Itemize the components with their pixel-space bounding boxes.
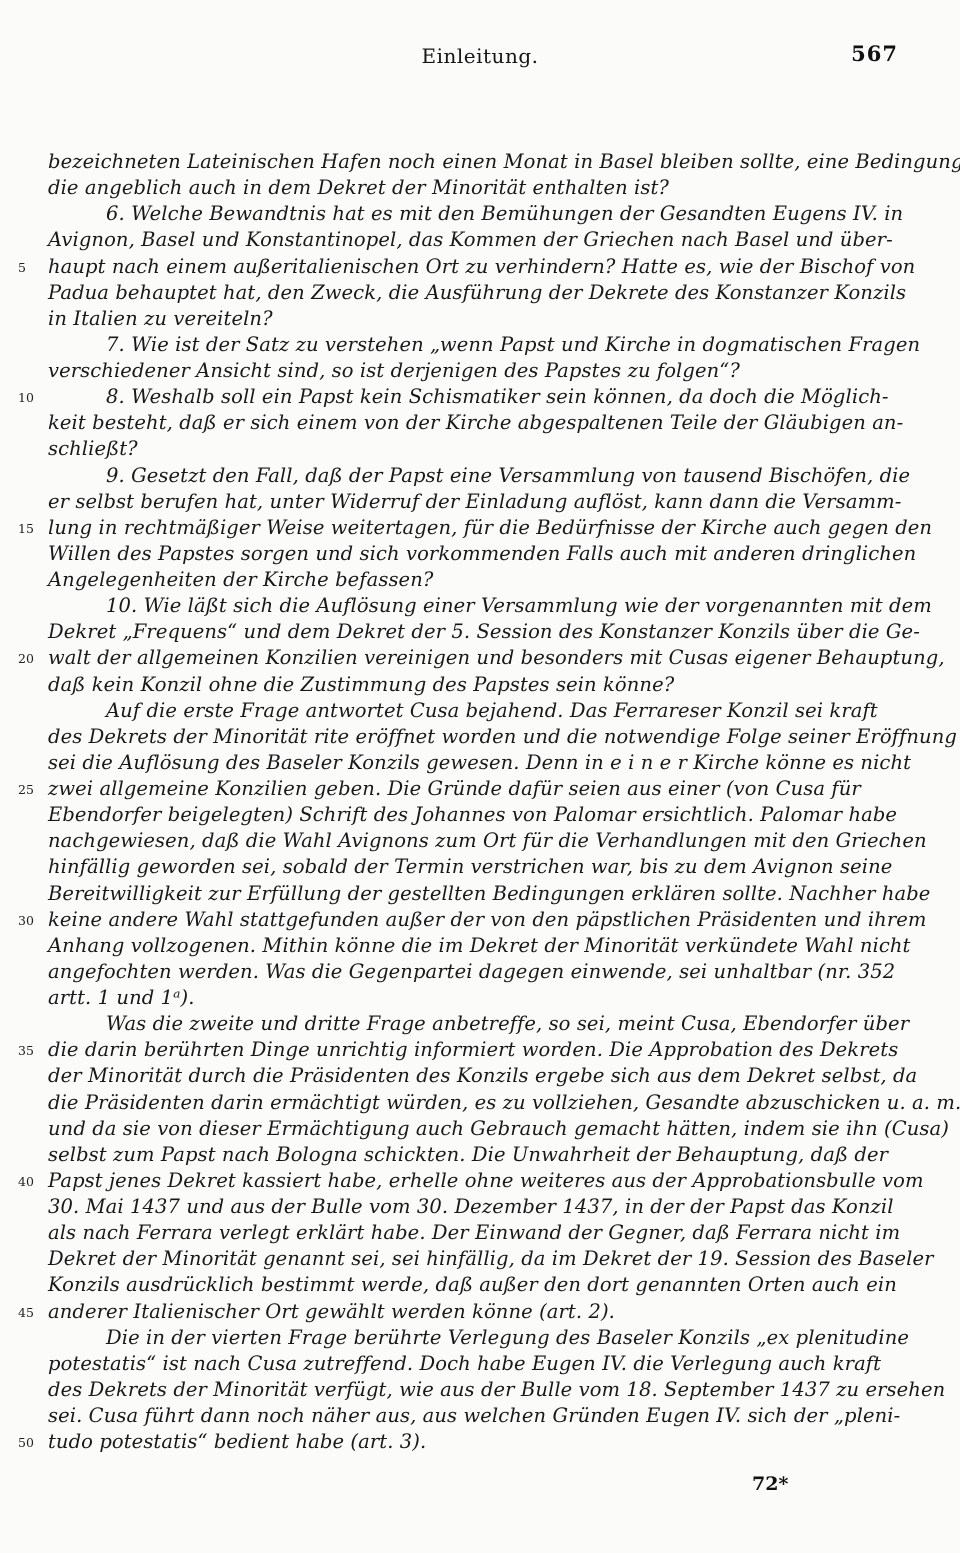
line-text: 8. Weshalb soll ein Papst kein Schismati… bbox=[48, 384, 960, 410]
line-number: 5 bbox=[18, 255, 44, 281]
line-text: als nach Ferrara verlegt erklärt habe. D… bbox=[48, 1220, 906, 1246]
text-line: hinfällig geworden sei, sobald der Termi… bbox=[48, 854, 906, 880]
line-number: 50 bbox=[18, 1430, 44, 1456]
text-line: Dekret „Frequens“ und dem Dekret der 5. … bbox=[48, 619, 906, 645]
text-line: Anhang vollzogenen. Mithin könne die im … bbox=[48, 933, 906, 959]
line-text: die darin berührten Dinge unrichtig info… bbox=[48, 1037, 906, 1063]
text-line: Dekret der Minorität genannt sei, sei hi… bbox=[48, 1246, 906, 1272]
line-text: 9. Gesetzt den Fall, daß der Papst eine … bbox=[48, 463, 960, 489]
line-number: 40 bbox=[18, 1169, 44, 1195]
text-line: die Präsidenten darin ermächtigt würden,… bbox=[48, 1090, 906, 1116]
line-text: sei die Auflösung des Baseler Konzils ge… bbox=[48, 750, 906, 776]
text-line: artt. 1 und 1ᵃ). bbox=[48, 985, 906, 1011]
text-line: 30. Mai 1437 und aus der Bulle vom 30. D… bbox=[48, 1194, 906, 1220]
text-line: nachgewiesen, daß die Wahl Avignons zum … bbox=[48, 828, 906, 854]
text-line: Bereitwilligkeit zur Erfüllung der geste… bbox=[48, 881, 906, 907]
text-line: 10 8. Weshalb soll ein Papst kein Schism… bbox=[48, 384, 906, 410]
text-line: Willen des Papstes sorgen und sich vorko… bbox=[48, 541, 906, 567]
line-text: Angelegenheiten der Kirche befassen? bbox=[48, 567, 906, 593]
line-number: 30 bbox=[18, 908, 44, 934]
line-text: daß kein Konzil ohne die Zustimmung des … bbox=[48, 672, 906, 698]
text-line: und da sie von dieser Ermächtigung auch … bbox=[48, 1116, 906, 1142]
line-text: 10. Wie läßt sich die Auflösung einer Ve… bbox=[48, 593, 960, 619]
text-line: selbst zum Papst nach Bologna schickten.… bbox=[48, 1142, 906, 1168]
line-text: angefochten werden. Was die Gegenpartei … bbox=[48, 959, 906, 985]
text-line: 9. Gesetzt den Fall, daß der Papst eine … bbox=[48, 463, 906, 489]
line-text: schließt? bbox=[48, 436, 906, 462]
line-number: 35 bbox=[18, 1038, 44, 1064]
line-text: Was die zweite und dritte Frage anbetref… bbox=[48, 1011, 960, 1037]
text-line: Die in der vierten Frage berührte Verleg… bbox=[48, 1325, 906, 1351]
line-text: Auf die erste Frage antwortet Cusa bejah… bbox=[48, 698, 960, 724]
text-line: in Italien zu vereiteln? bbox=[48, 306, 906, 332]
text-line: Avignon, Basel und Konstantinopel, das K… bbox=[48, 227, 906, 253]
line-text: sei. Cusa führt dann noch näher aus, aus… bbox=[48, 1403, 906, 1429]
line-text: potestatis“ ist nach Cusa zutreffend. Do… bbox=[48, 1351, 906, 1377]
text-line: Auf die erste Frage antwortet Cusa bejah… bbox=[48, 698, 906, 724]
text-line: der Minorität durch die Präsidenten des … bbox=[48, 1063, 906, 1089]
line-text: Papst jenes Dekret kassiert habe, erhell… bbox=[48, 1168, 906, 1194]
text-line: 30 keine andere Wahl stattgefunden außer… bbox=[48, 907, 906, 933]
text-line: sei die Auflösung des Baseler Konzils ge… bbox=[48, 750, 906, 776]
line-text: Avignon, Basel und Konstantinopel, das K… bbox=[48, 227, 906, 253]
line-number: 25 bbox=[18, 777, 44, 803]
line-text: die Präsidenten darin ermächtigt würden,… bbox=[48, 1090, 906, 1116]
line-text: Willen des Papstes sorgen und sich vorko… bbox=[48, 541, 906, 567]
line-text: in Italien zu vereiteln? bbox=[48, 306, 906, 332]
text-line: angefochten werden. Was die Gegenpartei … bbox=[48, 959, 906, 985]
text-line: 7. Wie ist der Satz zu verstehen „wenn P… bbox=[48, 332, 906, 358]
line-text: des Dekrets der Minorität rite eröffnet … bbox=[48, 724, 906, 750]
text-line: Padua behauptet hat, den Zweck, die Ausf… bbox=[48, 280, 906, 306]
line-text: 6. Welche Bewandtnis hat es mit den Bemü… bbox=[48, 201, 960, 227]
line-text: nachgewiesen, daß die Wahl Avignons zum … bbox=[48, 828, 906, 854]
text-line: 45 anderer Italienischer Ort gewählt wer… bbox=[48, 1299, 906, 1325]
page-number: 567 bbox=[851, 42, 898, 66]
text-line: daß kein Konzil ohne die Zustimmung des … bbox=[48, 672, 906, 698]
line-text: keit besteht, daß er sich einem von der … bbox=[48, 410, 906, 436]
text-line: bezeichneten Lateinischen Hafen noch ein… bbox=[48, 149, 906, 175]
line-text: 7. Wie ist der Satz zu verstehen „wenn P… bbox=[48, 332, 960, 358]
text-line: verschiedener Ansicht sind, so ist derje… bbox=[48, 358, 906, 384]
book-page-scan: Einleitung. 567 bezeichneten Lateinische… bbox=[0, 0, 960, 1553]
line-text: Padua behauptet hat, den Zweck, die Ausf… bbox=[48, 280, 906, 306]
line-text: und da sie von dieser Ermächtigung auch … bbox=[48, 1116, 906, 1142]
text-line: 50 tudo potestatis“ bedient habe (art. 3… bbox=[48, 1429, 906, 1455]
text-line: sei. Cusa führt dann noch näher aus, aus… bbox=[48, 1403, 906, 1429]
line-text: Bereitwilligkeit zur Erfüllung der geste… bbox=[48, 881, 906, 907]
line-text: Dekret der Minorität genannt sei, sei hi… bbox=[48, 1246, 906, 1272]
running-title: Einleitung. bbox=[0, 44, 960, 68]
text-line: Konzils ausdrücklich bestimmt werde, daß… bbox=[48, 1272, 906, 1298]
text-line: des Dekrets der Minorität verfügt, wie a… bbox=[48, 1377, 906, 1403]
line-text: Konzils ausdrücklich bestimmt werde, daß… bbox=[48, 1272, 906, 1298]
line-text: lung in rechtmäßiger Weise weitertagen, … bbox=[48, 515, 906, 541]
line-text: des Dekrets der Minorität verfügt, wie a… bbox=[48, 1377, 906, 1403]
text-line: 15 lung in rechtmäßiger Weise weitertage… bbox=[48, 515, 906, 541]
line-text: selbst zum Papst nach Bologna schickten.… bbox=[48, 1142, 906, 1168]
line-text: der Minorität durch die Präsidenten des … bbox=[48, 1063, 906, 1089]
text-line: potestatis“ ist nach Cusa zutreffend. Do… bbox=[48, 1351, 906, 1377]
text-line: 10. Wie läßt sich die Auflösung einer Ve… bbox=[48, 593, 906, 619]
text-line: 6. Welche Bewandtnis hat es mit den Bemü… bbox=[48, 201, 906, 227]
text-line: Ebendorfer beigelegten) Schrift des Joha… bbox=[48, 802, 906, 828]
text-line: als nach Ferrara verlegt erklärt habe. D… bbox=[48, 1220, 906, 1246]
line-text: walt der allgemeinen Konzilien vereinige… bbox=[48, 645, 906, 671]
line-text: tudo potestatis“ bedient habe (art. 3). bbox=[48, 1429, 906, 1455]
text-line: 25 zwei allgemeine Konzilien geben. Die … bbox=[48, 776, 906, 802]
line-text: anderer Italienischer Ort gewählt werden… bbox=[48, 1299, 906, 1325]
line-text: zwei allgemeine Konzilien geben. Die Grü… bbox=[48, 776, 906, 802]
line-text: bezeichneten Lateinischen Hafen noch ein… bbox=[48, 149, 906, 175]
line-text: er selbst berufen hat, unter Widerruf de… bbox=[48, 489, 906, 515]
line-text: hinfällig geworden sei, sobald der Termi… bbox=[48, 854, 906, 880]
line-text: Anhang vollzogenen. Mithin könne die im … bbox=[48, 933, 906, 959]
text-line: 5 haupt nach einem außeritalienischen Or… bbox=[48, 254, 906, 280]
text-line: 20 walt der allgemeinen Konzilien verein… bbox=[48, 645, 906, 671]
line-text: die angeblich auch in dem Dekret der Min… bbox=[48, 175, 906, 201]
text-line: die angeblich auch in dem Dekret der Min… bbox=[48, 175, 906, 201]
line-text: Dekret „Frequens“ und dem Dekret der 5. … bbox=[48, 619, 906, 645]
text-line: 35 die darin berührten Dinge unrichtig i… bbox=[48, 1037, 906, 1063]
text-line: er selbst berufen hat, unter Widerruf de… bbox=[48, 489, 906, 515]
signature-mark: 72* bbox=[752, 1472, 788, 1496]
line-text: artt. 1 und 1ᵃ). bbox=[48, 985, 906, 1011]
line-number: 45 bbox=[18, 1300, 44, 1326]
line-number: 20 bbox=[18, 646, 44, 672]
text-line: schließt? bbox=[48, 436, 906, 462]
text-line: des Dekrets der Minorität rite eröffnet … bbox=[48, 724, 906, 750]
line-number: 15 bbox=[18, 516, 44, 542]
line-text: Die in der vierten Frage berührte Verleg… bbox=[48, 1325, 960, 1351]
line-text: Ebendorfer beigelegten) Schrift des Joha… bbox=[48, 802, 906, 828]
text-block: bezeichneten Lateinischen Hafen noch ein… bbox=[48, 149, 906, 1455]
line-text: keine andere Wahl stattgefunden außer de… bbox=[48, 907, 906, 933]
line-number: 10 bbox=[18, 385, 44, 411]
text-line: 40 Papst jenes Dekret kassiert habe, erh… bbox=[48, 1168, 906, 1194]
line-text: haupt nach einem außeritalienischen Ort … bbox=[48, 254, 906, 280]
line-text: verschiedener Ansicht sind, so ist derje… bbox=[48, 358, 906, 384]
text-line: keit besteht, daß er sich einem von der … bbox=[48, 410, 906, 436]
text-line: Was die zweite und dritte Frage anbetref… bbox=[48, 1011, 906, 1037]
line-text: 30. Mai 1437 und aus der Bulle vom 30. D… bbox=[48, 1194, 906, 1220]
text-line: Angelegenheiten der Kirche befassen? bbox=[48, 567, 906, 593]
